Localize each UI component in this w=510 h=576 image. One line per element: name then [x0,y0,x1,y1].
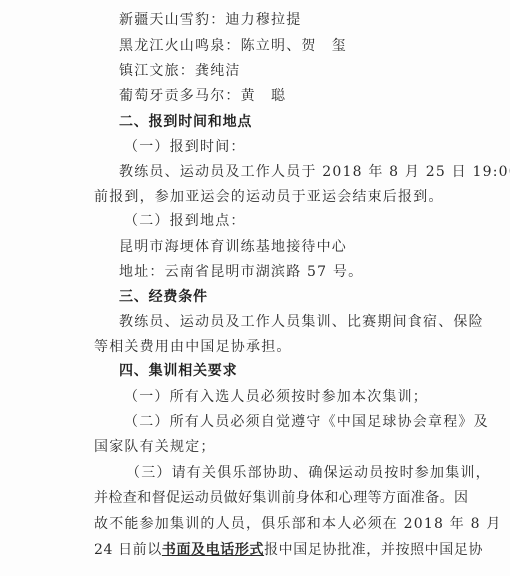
paragraph-line: 等相关费用由中国足协承担。 [94,338,429,356]
address-line: 地址：云南省昆明市湖滨路 57 号。 [119,263,454,281]
requirement-line: （三）请有关俱乐部协助、确保运动员按时参加集训， [126,464,461,482]
subsection-heading-time: （一）报到时间： [124,138,459,156]
paragraph-line: 前报到，参加亚运会的运动员于亚运会结束后报到。 [94,188,429,206]
subsection-heading-place: （二）报到地点： [124,212,459,230]
section-heading-2: 二、报到时间和地点 [119,113,454,131]
underlined-text: 书面及电话形式 [162,542,264,558]
paragraph-line: 故不能参加集训的人员，俱乐部和本人必须在 2018 年 8 月 [94,515,429,533]
paragraph-line: 并检查和督促运动员做好集训前身体和心理等方面准备。因 [94,489,429,507]
paragraph-line: 教练员、运动员及工作人员集训、比赛期间食宿、保险 [119,313,429,331]
team-line-heilongjiang: 黑龙江火山鸣泉：陈立明、贺 玺 [119,37,454,55]
text-segment: 报中国足协批准，并按照中国足协 [264,542,483,558]
paragraph-line: 昆明市海埂体育训练基地接待中心 [119,238,454,256]
requirement-line: （二）所有人员必须自觉遵守《中国足球协会章程》及 [124,413,459,431]
team-line-portugal: 葡萄牙贡多马尔：黄 聪 [119,87,454,105]
paragraph-line: 国家队有关规定； [94,438,429,456]
team-line-xinjiang: 新疆天山雪豹：迪力穆拉提 [119,11,454,29]
paragraph-line: 教练员、运动员及工作人员于 2018 年 8 月 25 日 19:00 [119,163,423,181]
document-page: 新疆天山雪豹：迪力穆拉提 黑龙江火山鸣泉：陈立明、贺 玺 镇江文旅：龚纯洁 葡萄… [0,0,510,576]
section-heading-3: 三、经费条件 [119,288,454,306]
team-line-zhenjiang: 镇江文旅：龚纯洁 [119,62,454,80]
text-segment: 24 日前以 [94,542,162,558]
section-heading-4: 四、集训相关要求 [119,362,454,380]
paragraph-line-underline: 24 日前以书面及电话形式报中国足协批准，并按照中国足协 [94,541,429,559]
requirement-line: （一）所有入选人员必须按时参加本次集训； [124,388,459,406]
